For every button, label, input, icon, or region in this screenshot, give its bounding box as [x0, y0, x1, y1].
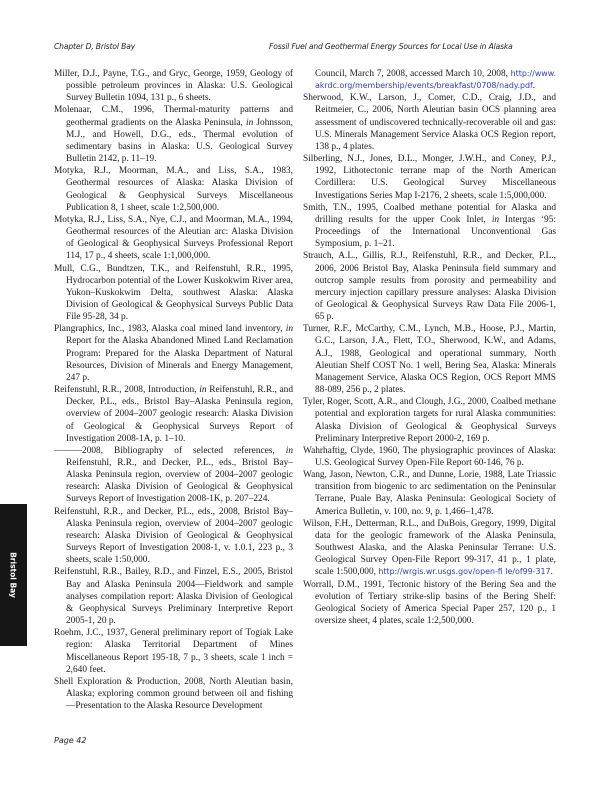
reference-entry: Wang, Jason, Newton, C.R., and Dunne, Lo… [303, 469, 556, 518]
reference-entry: Worrall, D.M., 1991, Tectonic history of… [303, 579, 556, 628]
reference-text: Wahrhaftig, Clyde, 1960, The physiograph… [303, 446, 556, 468]
reference-text: Report for the Alaska Abandoned Mined La… [66, 336, 293, 382]
reference-text: Miller, D.J., Payne, T.G., and Gryc, Geo… [54, 69, 293, 103]
running-header-chapter: Chapter D, Bristol Bay [54, 42, 135, 51]
reference-text: Motyka, R.J., Moorman, M.A., and Liss, S… [54, 166, 293, 212]
reference-entry: Motyka, R.J., Moorman, M.A., and Liss, S… [54, 165, 293, 214]
reference-text: Mull, C.G., Bundtzen, T.K., and Reifenst… [54, 264, 293, 323]
reference-entry: Reifenstuhl, R.R., and Decker, P.L., eds… [54, 506, 293, 567]
reference-text: Turner, R.F., McCarthy, C.M., Lynch, M.B… [303, 324, 556, 395]
reference-text: . [533, 81, 535, 91]
reference-text: Reifenstuhl, R.R., and Decker, P.L., eds… [66, 458, 293, 504]
reference-text: Roehm, J.C., 1937, General preliminary r… [54, 628, 293, 674]
reference-text: Reifenstuhl, R.R., and Decker, P.L., eds… [54, 507, 293, 566]
references-right-column: Council, March 7, 2008, accessed March 1… [303, 68, 556, 627]
reference-italic: in [199, 385, 206, 395]
reference-text: Tyler, Roger, Scott, A.R., and Clough, J… [303, 397, 556, 443]
reference-entry: Silberling, N.J., Jones, D.L., Monger, J… [303, 153, 556, 202]
reference-entry: Sherwood, K.W., Larson, J., Comer, C.D.,… [303, 92, 556, 153]
reference-entry: Wahrhaftig, Clyde, 1960, The physiograph… [303, 445, 556, 469]
reference-entry: Reifenstuhl, R.R., Bailey, R.D., and Fin… [54, 566, 293, 627]
reference-entry: Plangraphics, Inc., 1983, Alaska coal mi… [54, 323, 293, 384]
reference-entry: Strauch, A.L., Gillis, R.J., Reifenstuhl… [303, 250, 556, 323]
reference-entry: Council, March 7, 2008, accessed March 1… [303, 68, 556, 92]
side-tab-label: Bristol Bay [9, 552, 18, 598]
reference-entry: Wilson, F.H., Detterman, R.L., and DuBoi… [303, 518, 556, 579]
reference-text: Wang, Jason, Newton, C.R., and Dunne, Lo… [303, 470, 556, 516]
reference-entry: Miller, D.J., Payne, T.G., and Gryc, Geo… [54, 68, 293, 104]
reference-entry: Turner, R.F., McCarthy, C.M., Lynch, M.B… [303, 323, 556, 396]
reference-entry: Motyka, R.J., Liss, S.A., Nye, C.J., and… [54, 214, 293, 263]
running-header-title: Fossil Fuel and Geothermal Energy Source… [269, 42, 513, 51]
reference-entry: Molenaar, C.M., 1996, Thermal-maturity p… [54, 104, 293, 165]
chapter-side-tab: Bristol Bay [0, 504, 27, 646]
reference-text: Council, March 7, 2008, accessed March 1… [315, 69, 511, 79]
reference-entry: Mull, C.G., Bundtzen, T.K., and Reifenst… [54, 263, 293, 324]
reference-entry: Shell Exploration & Production, 2008, No… [54, 676, 293, 712]
reference-text: . [551, 567, 553, 577]
reference-text: Worrall, D.M., 1991, Tectonic history of… [303, 580, 556, 626]
reference-entry: Smith, T.N., 1995, Coalbed methane poten… [303, 202, 556, 251]
reference-entry: Reifenstuhl, R.R., 2008, Introduction, i… [54, 384, 293, 445]
reference-entry: Tyler, Roger, Scott, A.R., and Clough, J… [303, 396, 556, 445]
reference-italic: in [286, 446, 293, 456]
reference-link[interactable]: http://wrgis.wr.usgs.gov/open-fi le/of99… [378, 567, 550, 576]
references-left-column: Miller, D.J., Payne, T.G., and Gryc, Geo… [54, 68, 293, 712]
reference-text: Reifenstuhl, R.R., 2008, Introduction, [54, 385, 199, 395]
reference-entry: ———2008, Bibliography of selected refere… [54, 445, 293, 506]
reference-text: Motyka, R.J., Liss, S.A., Nye, C.J., and… [54, 215, 293, 261]
page-number: Page 42 [54, 736, 86, 745]
reference-text: Sherwood, K.W., Larson, J., Comer, C.D.,… [303, 93, 556, 152]
reference-entry: Roehm, J.C., 1937, General preliminary r… [54, 627, 293, 676]
reference-text: Strauch, A.L., Gillis, R.J., Reifenstuhl… [303, 251, 556, 322]
reference-text: Shell Exploration & Production, 2008, No… [54, 677, 293, 711]
reference-text: Reifenstuhl, R.R., Bailey, R.D., and Fin… [54, 567, 293, 626]
reference-text: ———2008, Bibliography of selected refere… [54, 446, 286, 456]
reference-text: Silberling, N.J., Jones, D.L., Monger, J… [303, 154, 556, 200]
reference-text: Plangraphics, Inc., 1983, Alaska coal mi… [54, 324, 286, 334]
reference-italic: in [286, 324, 293, 334]
